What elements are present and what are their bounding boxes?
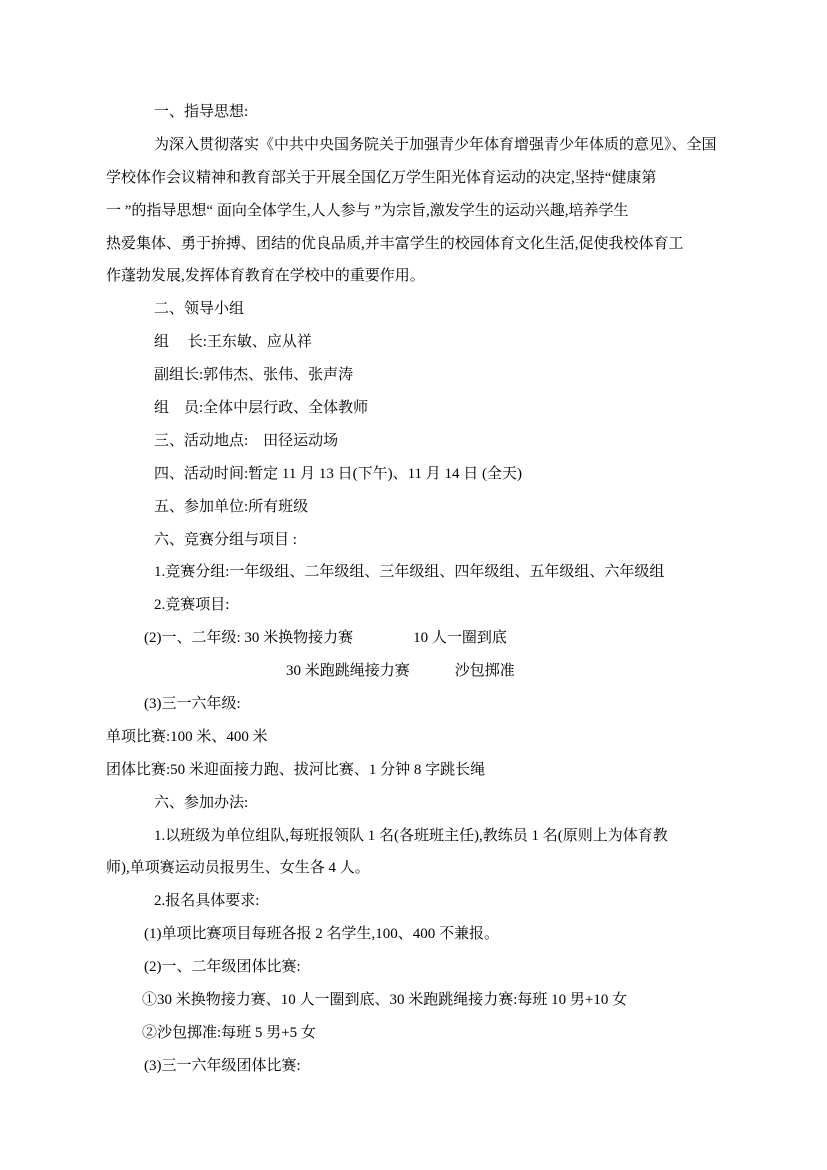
text-line: 二、领导小组 xyxy=(106,293,746,326)
text-line: 学校体作会议精神和教育部关于开展全国亿万学生阳光体育运动的决定,坚持“健康第 xyxy=(106,162,746,195)
text-line: (2)一、二年级: 30 米换物接力赛 10 人一圈到底 xyxy=(106,622,746,655)
text-line: (3)三一六年级: xyxy=(106,688,746,721)
text-line: (2)一、二年级团体比赛: xyxy=(106,951,746,984)
text-line: 为深入贯彻落实《中共中央国务院关于加强青少年体育增强青少年体质的意见》、全国 xyxy=(106,129,746,162)
text-line: 热爱集体、勇于拚搏、团结的优良品质,并丰富学生的校园体育文化生活,促使我校体育工 xyxy=(106,228,746,261)
text-line: 六、竞赛分组与项目 : xyxy=(106,524,746,557)
text-line: 组 员:全体中层行政、全体教师 xyxy=(106,392,746,425)
text-line: 30 米跑跳绳接力赛 沙包掷准 xyxy=(106,655,746,688)
text-line: 副组长:郭伟杰、张伟、张声涛 xyxy=(106,359,746,392)
document-page: 一、指导思想:为深入贯彻落实《中共中央国务院关于加强青少年体育增强青少年体质的意… xyxy=(0,0,827,1170)
text-line: 三、活动地点: 田径运动场 xyxy=(106,425,746,458)
text-line: 2.竞赛项目: xyxy=(106,589,746,622)
text-line: ①30 米换物接力赛、10 人一圈到底、30 米跑跳绳接力赛:每班 10 男+1… xyxy=(106,984,746,1017)
text-line: 四、活动时间:暂定 11 月 13 日(下午)、11 月 14 日 (全天) xyxy=(106,458,746,491)
text-line: 作蓬勃发展,发挥体育教育在学校中的重要作用。 xyxy=(106,260,746,293)
text-line: 师),单项赛运动员报男生、女生各 4 人。 xyxy=(106,852,746,885)
text-line: 一 ”的指导思想“ 面向全体学生,人人参与 ”为宗旨,激发学生的运动兴趣,培养学… xyxy=(106,195,746,228)
text-line: 一、指导思想: xyxy=(106,96,746,129)
text-line: 单项比赛:100 米、400 米 xyxy=(106,721,746,754)
text-line: 2.报名具体要求: xyxy=(106,885,746,918)
text-line: ②沙包掷准:每班 5 男+5 女 xyxy=(106,1017,746,1050)
text-line: (1)单项比赛项目每班各报 2 名学生,100、400 不兼报。 xyxy=(106,918,746,951)
text-line: (3)三一六年级团体比赛: xyxy=(106,1050,746,1083)
text-line: 五、参加单位:所有班级 xyxy=(106,491,746,524)
text-line: 六、参加办法: xyxy=(106,787,746,820)
text-line: 1.竞赛分组:一年级组、二年级组、三年级组、四年级组、五年级组、六年级组 xyxy=(106,556,746,589)
text-line: 组 长:王东敏、应从祥 xyxy=(106,326,746,359)
document-body: 一、指导思想:为深入贯彻落实《中共中央国务院关于加强青少年体育增强青少年体质的意… xyxy=(106,96,746,1083)
text-line: 1.以班级为单位组队,每班报领队 1 名(各班班主任),教练员 1 名(原则上为… xyxy=(106,820,746,853)
text-line: 团体比赛:50 米迎面接力跑、拔河比赛、1 分钟 8 字跳长绳 xyxy=(106,754,746,787)
